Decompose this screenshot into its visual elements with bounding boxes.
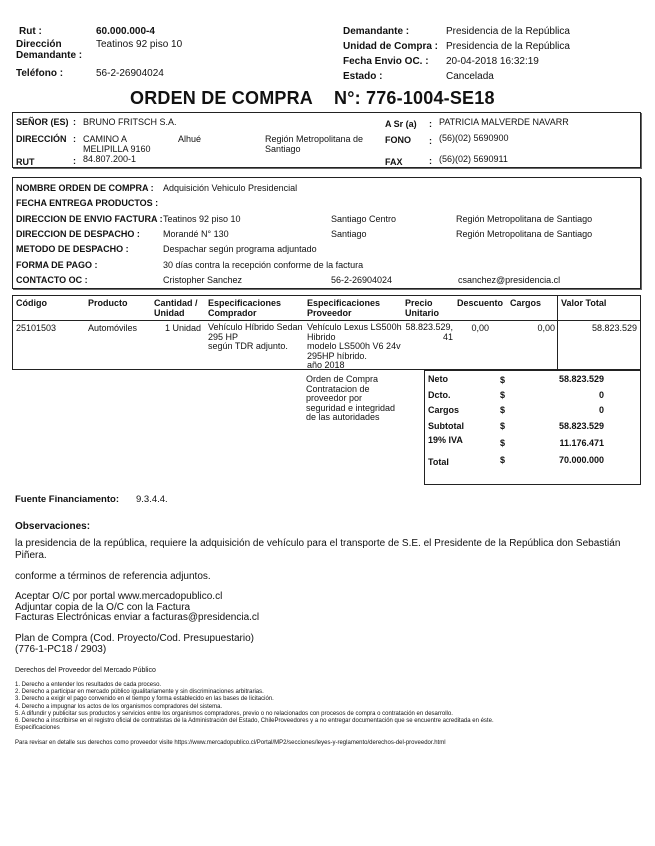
region: Región Metropolitana de Santiago bbox=[265, 134, 363, 154]
cell-cantidad: 1 Unidad bbox=[154, 323, 201, 333]
direccion-value: CAMINO A MELIPILLA 9160 bbox=[83, 134, 151, 154]
rut-label: Rut : bbox=[19, 26, 42, 37]
col-precio-1: Precio bbox=[405, 298, 439, 308]
currency-symbol: $ bbox=[500, 375, 505, 385]
order-number: N°: 776-1004-SE18 bbox=[334, 88, 495, 109]
asr-value: PATRICIA MALVERDE NAVARR bbox=[439, 117, 569, 127]
envio-factura-comuna: Santiago Centro bbox=[331, 214, 396, 224]
region-line-2: Santiago bbox=[265, 144, 363, 154]
total-value-subtotal: 58.823.529 bbox=[525, 421, 604, 431]
rights-item: 2. Derecho a participar en mercado públi… bbox=[15, 689, 655, 696]
nombre-oc-label: NOMBRE ORDEN DE COMPRA : bbox=[16, 183, 154, 193]
col-esp-proveedor: Especificaciones Proveedor bbox=[307, 298, 380, 318]
direccion-line-2: MELIPILLA 9160 bbox=[83, 144, 151, 154]
currency-symbol: $ bbox=[500, 390, 505, 400]
observation-line: conforme a términos de referencia adjunt… bbox=[15, 571, 211, 582]
envio-factura-value: Teatinos 92 piso 10 bbox=[163, 214, 241, 224]
col-cantidad-1: Cantidad / bbox=[154, 298, 198, 308]
plan-compra: Plan de Compra (Cod. Proyecto/Cod. Presu… bbox=[15, 634, 254, 655]
col-esp-comprador: Especificaciones Comprador bbox=[208, 298, 281, 318]
currency-symbol: $ bbox=[500, 421, 505, 431]
total-label-neto: Neto bbox=[428, 374, 448, 384]
total-value-cargos: 0 bbox=[525, 405, 604, 415]
cell-codigo: 25101503 bbox=[16, 323, 56, 333]
plan-line: (776-1-PC18 / 2903) bbox=[15, 645, 254, 656]
rut-value: 60.000.000-4 bbox=[96, 26, 155, 37]
col-codigo: Código bbox=[16, 298, 47, 308]
envio-factura-region: Región Metropolitana de Santiago bbox=[456, 214, 592, 224]
observation-line: Piñera. bbox=[15, 550, 645, 562]
items-table: Código Producto Cantidad / Unidad Especi… bbox=[12, 295, 641, 370]
total-label-subtotal: Subtotal bbox=[428, 421, 464, 431]
senor-label: SEÑOR (ES) bbox=[16, 117, 69, 127]
total-value-dcto: 0 bbox=[525, 390, 604, 400]
despacho-comuna: Santiago bbox=[331, 229, 367, 239]
supplier-box: SEÑOR (ES) : BRUNO FRITSCH S.A. DIRECCIÓ… bbox=[12, 112, 641, 168]
demandante-label: Demandante : bbox=[343, 26, 409, 37]
rights-footer-link[interactable]: Para revisar en detalle sus derechos com… bbox=[15, 740, 446, 747]
cell-descuento: 0,00 bbox=[457, 323, 489, 333]
direccion-label: DIRECCIÓN bbox=[16, 134, 67, 144]
cell-producto: Automóviles bbox=[88, 323, 137, 333]
contacto-phone: 56-2-26904024 bbox=[331, 275, 392, 285]
total-value-total: 70.000.000 bbox=[525, 455, 604, 465]
instruction-line: Aceptar O/C por portal www.mercadopublic… bbox=[15, 592, 259, 603]
observations-text: la presidencia de la república, requiere… bbox=[15, 538, 645, 561]
rights-item: 1. Derecho a entender los resultados de … bbox=[15, 682, 655, 689]
colon: : bbox=[429, 156, 432, 166]
instructions: Aceptar O/C por portal www.mercadopublic… bbox=[15, 592, 259, 624]
despacho-region: Región Metropolitana de Santiago bbox=[456, 229, 592, 239]
direccion-label-2: Demandante : bbox=[16, 50, 82, 61]
fono-label: FONO bbox=[385, 135, 411, 145]
currency-symbol: $ bbox=[500, 405, 505, 415]
direccion-label: Dirección bbox=[16, 39, 62, 50]
rights-item: 6. Derecho a inscribirse en el registro … bbox=[15, 718, 655, 725]
col-cargos: Cargos bbox=[510, 298, 541, 308]
fecha-entrega-label: FECHA ENTREGA PRODUCTOS : bbox=[16, 198, 158, 208]
colon: : bbox=[73, 134, 76, 144]
rights-item: 3. Derecho a exigir el pago convenido en… bbox=[15, 696, 655, 703]
observations-title: Observaciones: bbox=[15, 521, 90, 532]
forma-pago-value: 30 días contra la recepción conforme de … bbox=[163, 260, 363, 270]
col-producto: Producto bbox=[88, 298, 128, 308]
cell-valor-total: 58.823.529 bbox=[561, 323, 637, 333]
metodo-despacho-label: METODO DE DESPACHO : bbox=[16, 244, 129, 254]
metodo-despacho-value: Despachar según programa adjuntado bbox=[163, 244, 317, 254]
col-valor-total: Valor Total bbox=[561, 298, 606, 308]
despacho-value: Morandé N° 130 bbox=[163, 229, 229, 239]
col-esp-proveedor-1: Especificaciones bbox=[307, 298, 380, 308]
valor-total-divider bbox=[557, 296, 558, 370]
esp-proveedor-line: año 2018 bbox=[307, 361, 402, 371]
estado-label: Estado : bbox=[343, 71, 382, 82]
direccion-value: Teatinos 92 piso 10 bbox=[96, 39, 182, 50]
order-info-box: NOMBRE ORDEN DE COMPRA : Adquisición Veh… bbox=[12, 177, 641, 289]
senor-value: BRUNO FRITSCH S.A. bbox=[83, 117, 177, 127]
contacto-label: CONTACTO OC : bbox=[16, 275, 88, 285]
precio-line-2: 41 bbox=[401, 333, 453, 343]
cell-esp-proveedor: Vehículo Lexus LS500h Hibrido modelo LS5… bbox=[307, 323, 402, 371]
esp-comprador-line: según TDR adjunto. bbox=[208, 342, 303, 352]
unidad-label: Unidad de Compra : bbox=[343, 41, 438, 52]
forma-pago-label: FORMA DE PAGO : bbox=[16, 260, 98, 270]
rut-value: 84.807.200-1 bbox=[83, 154, 136, 164]
unidad-value: Presidencia de la República bbox=[446, 41, 570, 52]
colon: : bbox=[429, 136, 432, 146]
colon: : bbox=[73, 156, 76, 166]
comuna: Alhué bbox=[178, 134, 201, 144]
telefono-label: Teléfono : bbox=[16, 68, 63, 79]
col-esp-comprador-1: Especificaciones bbox=[208, 298, 281, 308]
rights-item: 4. Derecho a impugnar los actos de los o… bbox=[15, 704, 655, 711]
rights-list: 1. Derecho a entender los resultados de … bbox=[15, 682, 655, 732]
contacto-email[interactable]: csanchez@presidencia.cl bbox=[458, 275, 560, 285]
total-label-iva: 19% IVA bbox=[428, 435, 463, 445]
rights-title: Derechos del Proveedor del Mercado Públi… bbox=[15, 667, 156, 674]
financing-label: Fuente Financiamento: bbox=[15, 494, 119, 505]
observation-line: la presidencia de la república, requiere… bbox=[15, 538, 645, 550]
document-title: ORDEN DE COMPRA bbox=[130, 88, 313, 109]
total-label-cargos: Cargos bbox=[428, 405, 459, 415]
colon: : bbox=[73, 117, 76, 127]
currency-symbol: $ bbox=[500, 455, 505, 465]
fono-value: (56)(02) 5690900 bbox=[439, 133, 509, 143]
plan-line: Plan de Compra (Cod. Proyecto/Cod. Presu… bbox=[15, 634, 254, 645]
rut-label: RUT bbox=[16, 157, 35, 167]
colon: : bbox=[429, 119, 432, 129]
header-divider bbox=[13, 320, 640, 321]
estado-value: Cancelada bbox=[446, 71, 494, 82]
col-descuento: Descuento bbox=[457, 298, 503, 308]
nombre-oc-value: Adquisición Vehiculo Presidencial bbox=[163, 183, 297, 193]
asr-label: A Sr (a) bbox=[385, 119, 417, 129]
telefono-value: 56-2-26904024 bbox=[96, 68, 164, 79]
col-precio: Precio Unitario bbox=[405, 298, 439, 318]
fecha-envio-label: Fecha Envio OC. : bbox=[343, 56, 429, 67]
rights-item: 5. A difundir y publicitar sus productos… bbox=[15, 711, 655, 718]
note-line: de las autoridades bbox=[306, 413, 395, 423]
totals-box: Neto $ 58.823.529 Dcto. $ 0 Cargos $ 0 S… bbox=[424, 370, 641, 485]
demandante-value: Presidencia de la República bbox=[446, 26, 570, 37]
instruction-line: Facturas Electrónicas enviar a facturas@… bbox=[15, 613, 259, 624]
direccion-line-1: CAMINO A bbox=[83, 134, 151, 144]
col-precio-2: Unitario bbox=[405, 308, 439, 318]
cell-esp-comprador: Vehículo Híbrido Sedan 295 HP según TDR … bbox=[208, 323, 303, 352]
financing-value: 9.3.4.4. bbox=[136, 494, 168, 505]
region-line-1: Región Metropolitana de bbox=[265, 134, 363, 144]
currency-symbol: $ bbox=[500, 438, 505, 448]
total-label-dcto: Dcto. bbox=[428, 390, 451, 400]
total-value-neto: 58.823.529 bbox=[525, 374, 604, 384]
col-cantidad: Cantidad / Unidad bbox=[154, 298, 198, 318]
envio-factura-label: DIRECCION DE ENVIO FACTURA : bbox=[16, 214, 163, 224]
total-label-total: Total bbox=[428, 457, 449, 467]
col-esp-comprador-2: Comprador bbox=[208, 308, 281, 318]
col-cantidad-2: Unidad bbox=[154, 308, 198, 318]
fax-value: (56)(02) 5690911 bbox=[439, 154, 508, 164]
notes-block: Orden de Compra Contratacion de proveedo… bbox=[306, 375, 395, 423]
col-esp-proveedor-2: Proveedor bbox=[307, 308, 380, 318]
fecha-envio-value: 20-04-2018 16:32:19 bbox=[446, 56, 539, 67]
cell-cargos: 0,00 bbox=[510, 323, 555, 333]
despacho-label: DIRECCION DE DESPACHO : bbox=[16, 229, 140, 239]
fax-label: FAX bbox=[385, 157, 403, 167]
cell-precio: 58.823.529, 41 bbox=[401, 323, 453, 342]
contacto-value: Cristopher Sanchez bbox=[163, 275, 242, 285]
rights-item: Especificaciones bbox=[15, 725, 655, 732]
total-value-iva: 11.176.471 bbox=[525, 438, 604, 448]
